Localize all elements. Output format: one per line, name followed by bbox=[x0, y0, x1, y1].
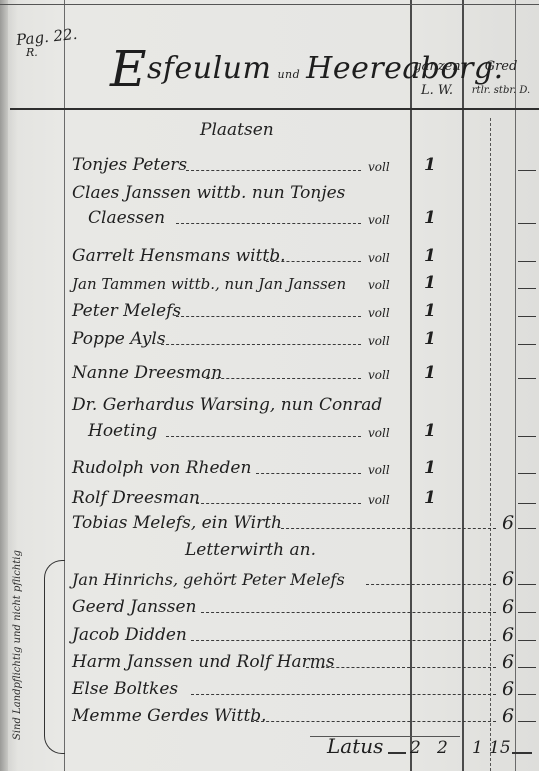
entry-name: Rolf Dreesman bbox=[72, 488, 200, 508]
ledger-row: Garrelt Hensmans wittb. voll 1 bbox=[66, 243, 536, 269]
leader-dashes bbox=[176, 223, 361, 224]
entry-name: Memme Gerdes Wittb. bbox=[72, 706, 267, 726]
ledger-row: Jan Tammen wittb., nun Jan Janssen voll … bbox=[66, 270, 536, 296]
entry-status: voll bbox=[368, 493, 390, 507]
leader-dashes bbox=[266, 261, 361, 262]
ledger-row: Else Boltkes 6 bbox=[66, 676, 536, 702]
total-value-3: 1 bbox=[472, 738, 483, 758]
entry-count: 1 bbox=[424, 301, 436, 321]
entry-count: 1 bbox=[424, 273, 436, 293]
leader-dashes bbox=[306, 667, 496, 668]
column-header-gred-line1: Gred bbox=[464, 60, 538, 74]
leader-dashes bbox=[166, 436, 361, 437]
header-rule bbox=[10, 108, 539, 110]
leader-dashes bbox=[281, 528, 496, 529]
total-tail-rule bbox=[512, 752, 532, 754]
entry-name: Claes Janssen wittb. nun Tonjes bbox=[72, 183, 345, 203]
entry-status: voll bbox=[368, 251, 390, 265]
entry-rule bbox=[518, 694, 536, 695]
entry-name: Dr. Gerhardus Warsing, nun Conrad bbox=[72, 395, 382, 415]
entry-name: Poppe Ayls bbox=[72, 329, 166, 349]
leader-dashes bbox=[366, 584, 496, 585]
ledger-row: Claes Janssen wittb. nun Tonjes bbox=[66, 180, 536, 206]
entry-count: 1 bbox=[424, 458, 436, 478]
column-header-gred: Gred rtlr. stbr. D. bbox=[464, 60, 538, 98]
entry-name: Jan Tammen wittb., nun Jan Janssen bbox=[72, 275, 346, 293]
entry-name: Geerd Janssen bbox=[72, 597, 196, 617]
entry-rule bbox=[518, 473, 536, 474]
title-initial: E bbox=[110, 40, 147, 98]
entry-name: Rudolph von Rheden bbox=[72, 458, 251, 478]
total-value-2: 2 bbox=[437, 738, 448, 758]
entry-status: voll bbox=[368, 306, 390, 320]
entry-count: 1 bbox=[424, 246, 436, 266]
column-header-gred-line2: rtlr. stbr. D. bbox=[464, 84, 538, 98]
entry-rule bbox=[518, 170, 536, 171]
entry-name: Else Boltkes bbox=[72, 679, 178, 699]
total-value-1: 2 bbox=[410, 738, 421, 758]
entry-count: 1 bbox=[424, 208, 436, 228]
entry-name: Jan Hinrichs, gehört Peter Melefs bbox=[72, 570, 345, 589]
entry-amount: 6 bbox=[502, 512, 514, 534]
entry-rule bbox=[518, 528, 536, 529]
leader-dashes bbox=[191, 694, 496, 695]
entry-amount: 6 bbox=[502, 651, 514, 673]
entry-rule bbox=[518, 378, 536, 379]
total-value-4: 15 bbox=[489, 738, 511, 758]
ledger-row: Jan Hinrichs, gehört Peter Melefs 6 bbox=[66, 566, 536, 592]
section-heading-letterwirth: Letterwirth an. bbox=[185, 540, 316, 560]
column-header-ganzen: ganzen L. W. bbox=[412, 60, 462, 98]
book-binding-edge bbox=[0, 0, 8, 771]
entry-status: voll bbox=[368, 426, 390, 440]
ledger-row-continuation: Claessen voll 1 bbox=[66, 205, 536, 231]
section-heading-plaatsen: Plaatsen bbox=[200, 120, 274, 140]
ledger-row: Tonjes Peters voll 1 bbox=[66, 152, 536, 178]
leader-dashes bbox=[256, 473, 361, 474]
ledger-page: Pag. 22. R. EsfeulumundHeereaborg. ganze… bbox=[0, 0, 539, 771]
entry-rule bbox=[518, 503, 536, 504]
entry-rule bbox=[518, 612, 536, 613]
entry-status: voll bbox=[368, 278, 390, 292]
entry-amount: 6 bbox=[502, 596, 514, 618]
leader-dashes bbox=[176, 316, 361, 317]
entry-amount: 6 bbox=[502, 705, 514, 727]
column-header-ganzen-line1: ganzen bbox=[412, 60, 462, 74]
entry-rule bbox=[518, 316, 536, 317]
leader-dashes bbox=[196, 503, 361, 504]
top-rule bbox=[0, 4, 539, 5]
leader-dashes bbox=[161, 344, 361, 345]
entry-name: Peter Melefs bbox=[72, 301, 181, 321]
entry-name: Jacob Didden bbox=[72, 625, 187, 645]
latus-dash bbox=[388, 752, 406, 754]
ledger-row: Jacob Didden 6 bbox=[66, 622, 536, 648]
entry-rule bbox=[518, 640, 536, 641]
entry-amount: 6 bbox=[502, 568, 514, 590]
entry-rule bbox=[518, 223, 536, 224]
entry-rule bbox=[518, 436, 536, 437]
title-place-1: sfeulum bbox=[147, 51, 271, 86]
leader-dashes bbox=[251, 721, 496, 722]
page-reference-sub: R. bbox=[26, 46, 38, 59]
entry-count: 1 bbox=[424, 155, 436, 175]
entry-count: 1 bbox=[424, 488, 436, 508]
leader-dashes bbox=[206, 378, 361, 379]
entry-rule bbox=[518, 344, 536, 345]
ledger-row: Rolf Dreesman voll 1 bbox=[66, 485, 536, 511]
ledger-row: Nanne Dreesman voll 1 bbox=[66, 360, 536, 386]
latus-label: Latus bbox=[327, 734, 383, 758]
entry-status: voll bbox=[368, 160, 390, 174]
entry-name-continuation: Hoeting bbox=[88, 421, 157, 441]
title-connector: und bbox=[277, 68, 300, 81]
entry-status: voll bbox=[368, 463, 390, 477]
entry-amount: 6 bbox=[502, 624, 514, 646]
entry-name: Tobias Melefs, ein Wirth bbox=[72, 513, 282, 533]
leader-dashes bbox=[191, 640, 496, 641]
ledger-row: Memme Gerdes Wittb. 6 bbox=[66, 703, 536, 729]
leader-dashes bbox=[186, 170, 361, 171]
entry-rule bbox=[518, 288, 536, 289]
ledger-row: Tobias Melefs, ein Wirth 6 bbox=[66, 510, 536, 536]
entry-name: Garrelt Hensmans wittb. bbox=[72, 246, 286, 266]
entry-count: 1 bbox=[424, 421, 436, 441]
entry-rule bbox=[518, 667, 536, 668]
entry-name-continuation: Claessen bbox=[88, 208, 165, 228]
margin-note: Sind Landpflichtig und nicht pflichtig bbox=[12, 520, 52, 740]
ledger-row: Poppe Ayls voll 1 bbox=[66, 326, 536, 352]
entry-status: voll bbox=[368, 334, 390, 348]
leader-dashes bbox=[201, 612, 496, 613]
entry-count: 1 bbox=[424, 329, 436, 349]
entry-rule bbox=[518, 584, 536, 585]
entry-amount: 6 bbox=[502, 678, 514, 700]
ledger-row: Rudolph von Rheden voll 1 bbox=[66, 455, 536, 481]
ledger-row: Peter Melefs voll 1 bbox=[66, 298, 536, 324]
entry-name: Nanne Dreesman bbox=[72, 363, 222, 383]
ledger-row-continuation: Hoeting voll 1 bbox=[66, 418, 536, 444]
entry-name: Tonjes Peters bbox=[72, 155, 187, 175]
ledger-row: Harm Janssen und Rolf Harms 6 bbox=[66, 649, 536, 675]
page-reference: Pag. 22. bbox=[15, 25, 78, 49]
entry-name: Harm Janssen und Rolf Harms bbox=[72, 652, 335, 672]
entry-count: 1 bbox=[424, 363, 436, 383]
entry-rule bbox=[518, 261, 536, 262]
entry-status: voll bbox=[368, 213, 390, 227]
ledger-row: Dr. Gerhardus Warsing, nun Conrad bbox=[66, 392, 536, 418]
column-header-ganzen-line2: L. W. bbox=[412, 84, 462, 98]
ledger-row: Geerd Janssen 6 bbox=[66, 594, 536, 620]
entry-status: voll bbox=[368, 368, 390, 382]
entry-rule bbox=[518, 721, 536, 722]
